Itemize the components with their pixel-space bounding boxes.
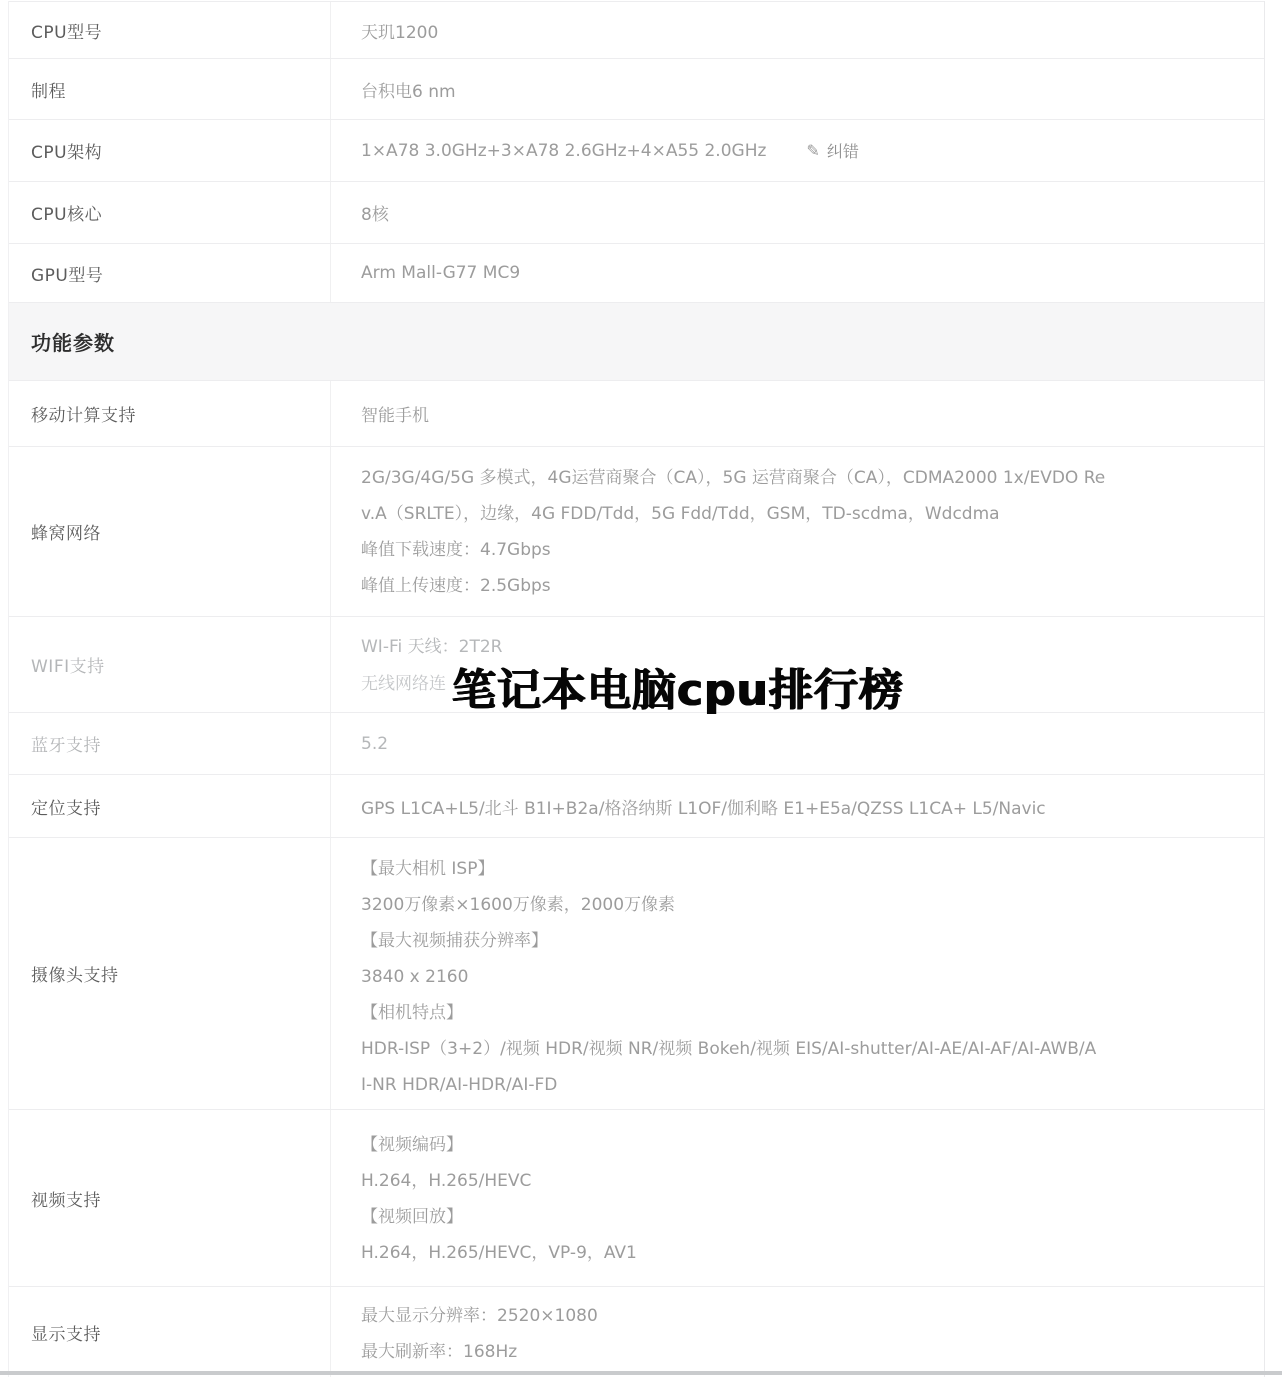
pencil-icon: ✎ [806,141,819,160]
table-row: 移动计算支持 智能手机 [9,380,1264,446]
value-line: 3200万像素×1600万像素，2000万像素 [361,887,1264,923]
table-row: 蜂窝网络 2G/3G/4G/5G 多模式，4G运营商聚合（CA），5G 运营商聚… [9,446,1264,616]
bottom-divider [0,1371,1282,1375]
cpu-architecture-value: 1×A78 3.0GHz+3×A78 2.6GHz+4×A55 2.0GHz [361,141,766,161]
value-line: H.264，H.265/HEVC [361,1163,1264,1199]
value-line: v.A（SRLTE），边缘，4G FDD/Tdd，5G Fdd/Tdd，GSM，… [361,496,1264,532]
row-label: WIFI支持 [9,617,331,712]
error-correction-label: 纠错 [827,139,859,162]
row-label: 视频支持 [9,1110,331,1286]
value-line: 【相机特点】 [361,995,1264,1031]
row-value: Arm Mall-G77 MC9 [331,244,1264,302]
error-correction-link[interactable]: ✎ 纠错 [806,139,858,162]
row-value: 8核 [331,182,1264,243]
value-line: H.264，H.265/HEVC，VP-9，AV1 [361,1235,1264,1271]
row-value: GPS L1CA+L5/北斗 B1I+B2a/格洛纳斯 L1OF/伽利略 E1+… [331,775,1264,837]
table-row: CPU架构 1×A78 3.0GHz+3×A78 2.6GHz+4×A55 2.… [9,119,1264,181]
value-line: 【最大相机 ISP】 [361,851,1264,887]
row-label: CPU型号 [9,2,331,58]
row-label: 蓝牙支持 [9,713,331,774]
table-row: 制程 台积电6 nm [9,58,1264,119]
row-value: 【最大相机 ISP】 3200万像素×1600万像素，2000万像素 【最大视频… [331,838,1264,1109]
value-line: 最大显示分辨率：2520×1080 [361,1298,1264,1334]
table-row: CPU型号 天玑1200 [9,1,1264,58]
row-label: CPU核心 [9,182,331,243]
value-line: HDR-ISP（3+2）/视频 HDR/视频 NR/视频 Bokeh/视频 EI… [361,1031,1264,1067]
row-label: 显示支持 [9,1287,331,1377]
row-value: 5.2 [331,713,1264,774]
row-label: 摄像头支持 [9,838,331,1109]
value-line: 峰值上传速度：2.5Gbps [361,568,1264,604]
watermark-title: 笔记本电脑cpu排行榜 [452,654,904,718]
row-label: GPU型号 [9,244,331,302]
section-header-row: 功能参数 [9,302,1264,380]
table-row: 蓝牙支持 5.2 [9,712,1264,774]
row-value: 天玑1200 [331,2,1264,58]
value-line: 【视频编码】 [361,1127,1264,1163]
row-label: 定位支持 [9,775,331,837]
table-row: CPU核心 8核 [9,181,1264,243]
value-line: 最大刷新率：168Hz [361,1334,1264,1370]
value-line: I-NR HDR/AI-HDR/AI-FD [361,1067,1264,1103]
row-value: 2G/3G/4G/5G 多模式，4G运营商聚合（CA），5G 运营商聚合（CA）… [331,447,1264,616]
row-value: 【视频编码】 H.264，H.265/HEVC 【视频回放】 H.264，H.2… [331,1110,1264,1286]
value-line: 峰值下载速度：4.7Gbps [361,532,1264,568]
row-label: 制程 [9,59,331,119]
table-row: 显示支持 最大显示分辨率：2520×1080 最大刷新率：168Hz [9,1286,1264,1377]
row-label: 移动计算支持 [9,381,331,446]
row-label: CPU架构 [9,120,331,181]
table-row: GPU型号 Arm Mall-G77 MC9 [9,243,1264,302]
table-row: 视频支持 【视频编码】 H.264，H.265/HEVC 【视频回放】 H.26… [9,1109,1264,1286]
row-value: 最大显示分辨率：2520×1080 最大刷新率：168Hz [331,1287,1264,1377]
table-row: 摄像头支持 【最大相机 ISP】 3200万像素×1600万像素，2000万像素… [9,837,1264,1109]
row-value: 智能手机 [331,381,1264,446]
row-value: 台积电6 nm [331,59,1264,119]
table-row: 定位支持 GPS L1CA+L5/北斗 B1I+B2a/格洛纳斯 L1OF/伽利… [9,774,1264,837]
value-line: 【最大视频捕获分辨率】 [361,923,1264,959]
row-value: 1×A78 3.0GHz+3×A78 2.6GHz+4×A55 2.0GHz ✎… [331,120,1264,181]
spec-page: CPU型号 天玑1200 制程 台积电6 nm CPU架构 1×A78 3.0G… [0,0,1282,1378]
section-title: 功能参数 [31,327,115,356]
row-label: 蜂窝网络 [9,447,331,616]
value-line: 3840 x 2160 [361,959,1264,995]
value-line: 2G/3G/4G/5G 多模式，4G运营商聚合（CA），5G 运营商聚合（CA）… [361,460,1264,496]
value-line: 【视频回放】 [361,1199,1264,1235]
